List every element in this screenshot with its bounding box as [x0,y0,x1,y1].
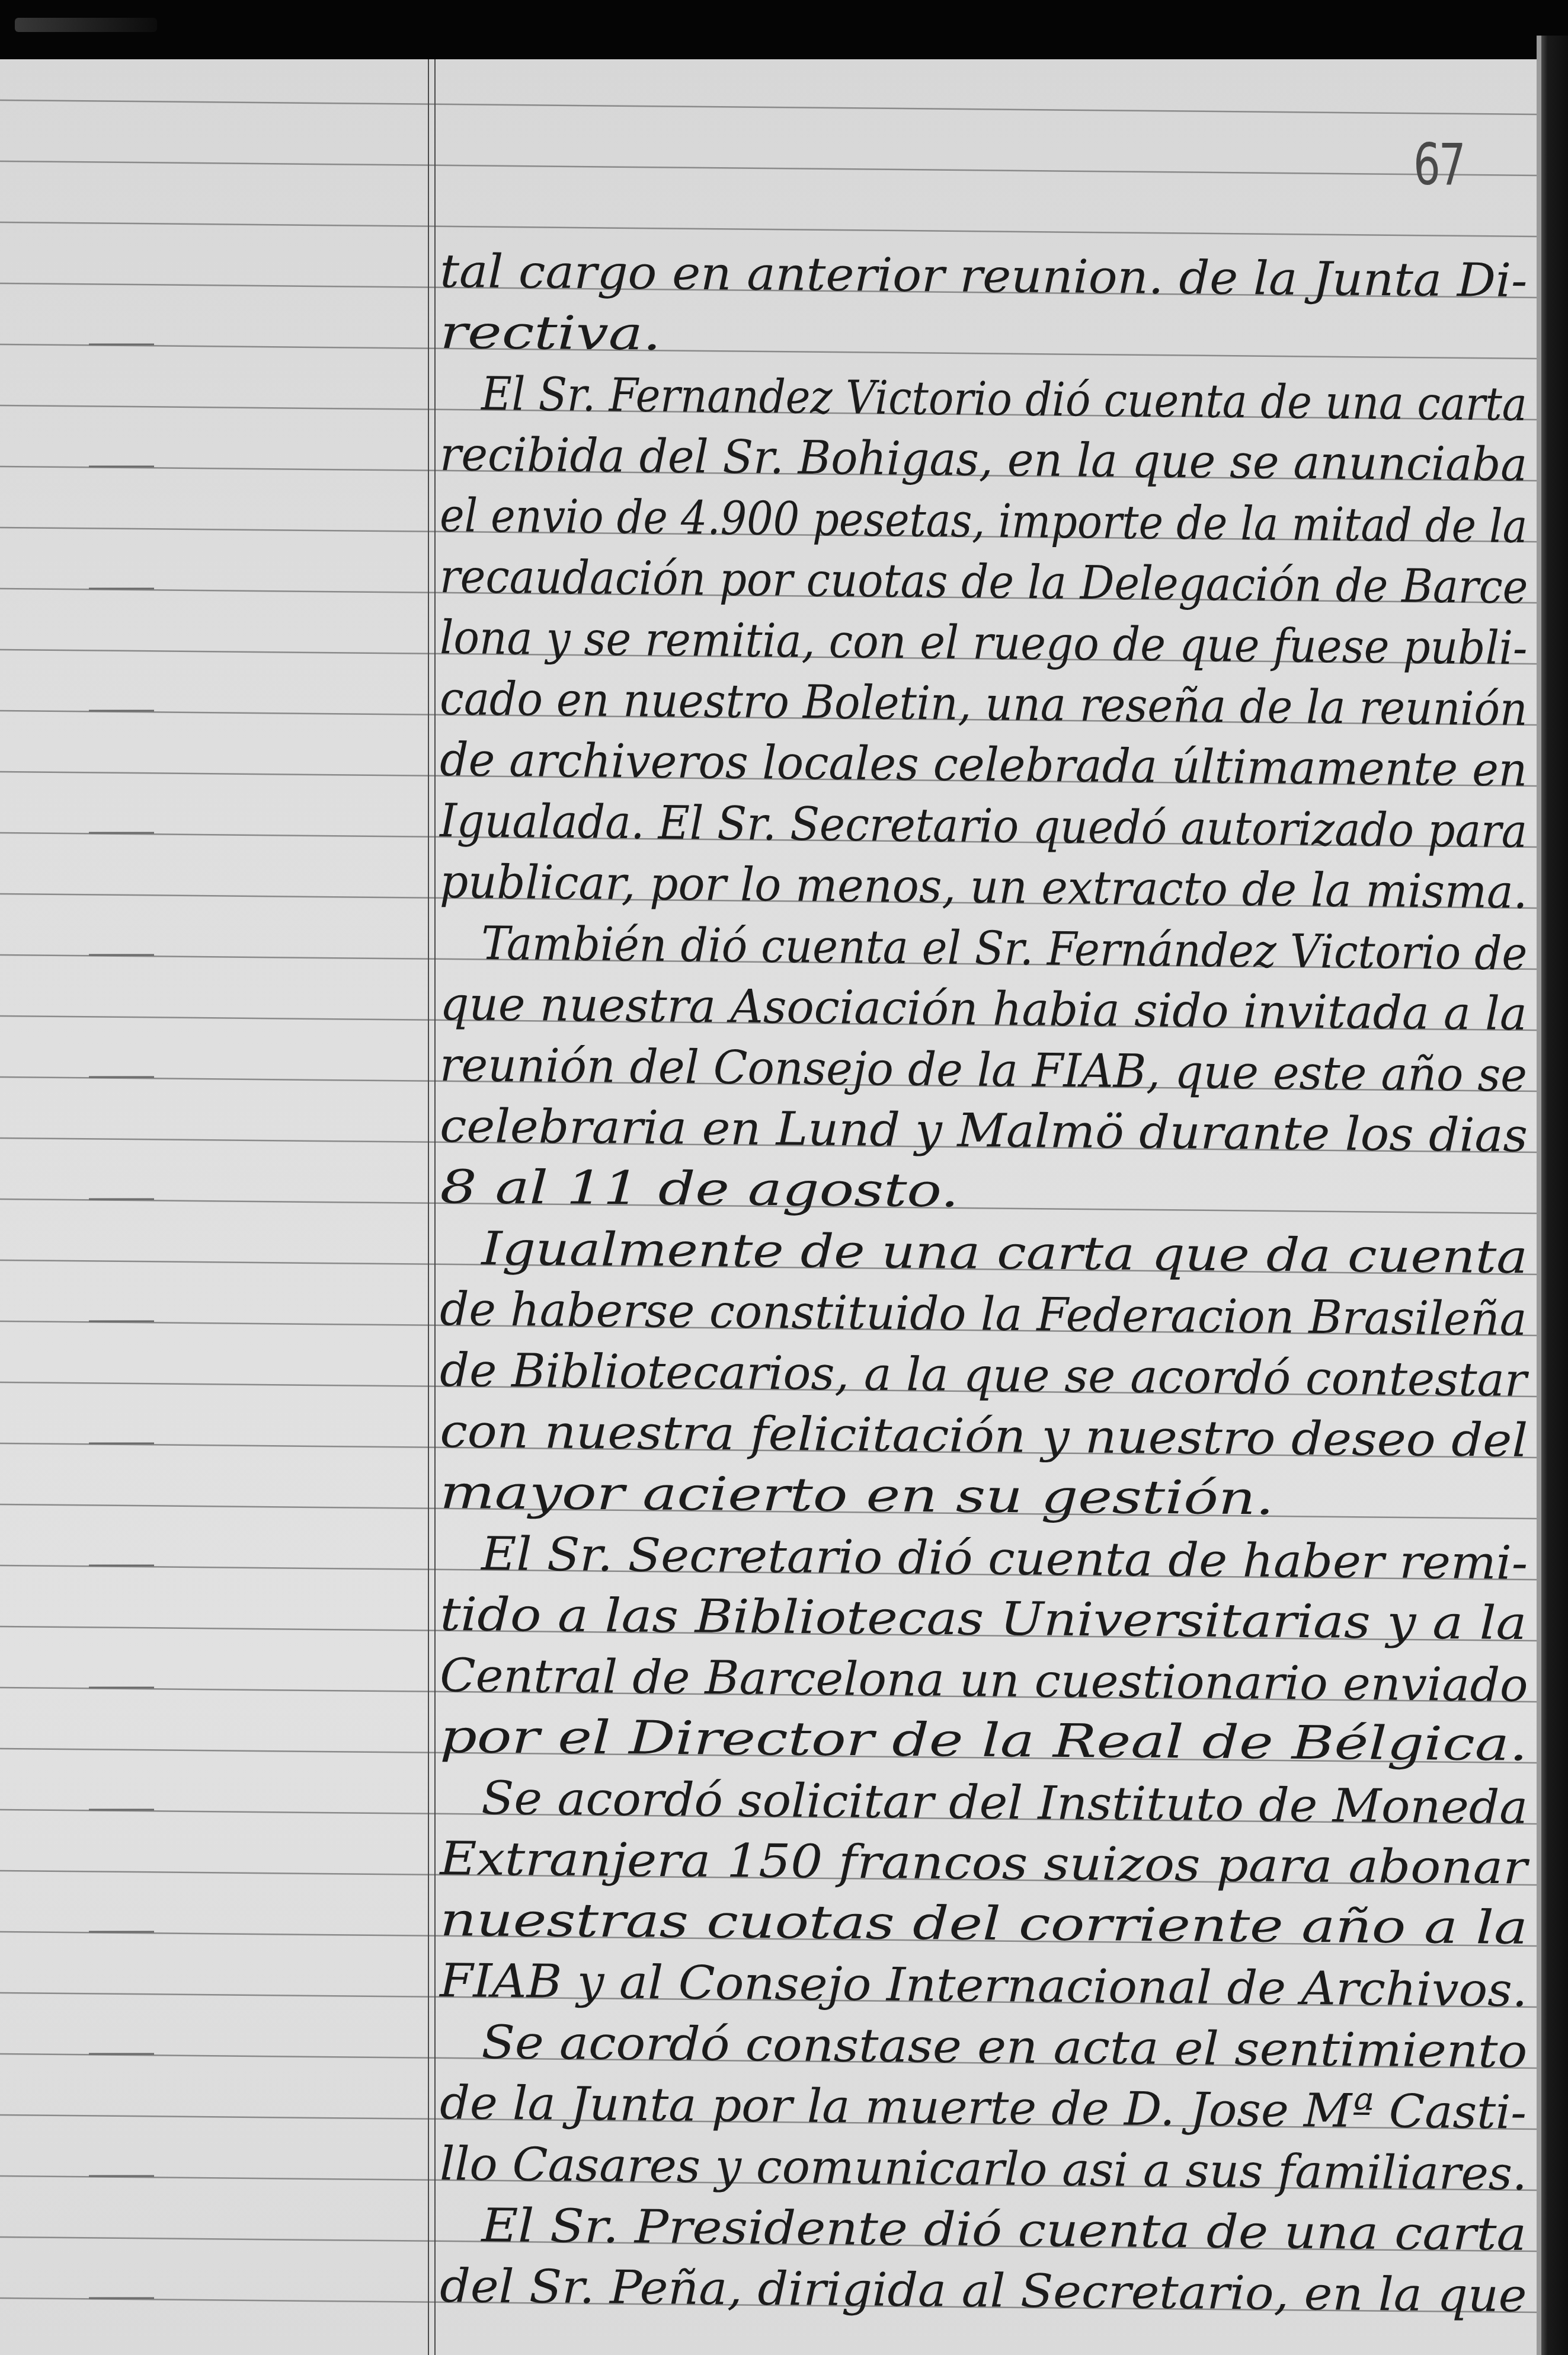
scan-right-border [1537,36,1568,2355]
handwritten-line: por el Director de la Real de Bélgica. [440,1714,1528,1768]
handwritten-line: También dió cuenta el Sr. Fernández Vict… [481,921,1528,977]
handwritten-line: mayor acierto en su gestión. [440,1469,1274,1522]
margin-rule-outer [428,55,429,2355]
handwritten-line: tal cargo en anterior reunion. de la Jun… [440,248,1528,304]
margin-rule-inner [434,55,436,2355]
handwritten-line: Extranjera 150 francos suizos para abona… [440,1836,1527,1891]
handwritten-line: FIAB y al Consejo Internacional de Archi… [440,1958,1528,2014]
handwritten-line: lona y se remitia, con el ruego de que f… [440,615,1528,672]
handwritten-line: de la Junta por la muerte de D. Jose Mª … [440,2080,1527,2136]
handwritten-line: Se acordó solicitar del Instituto de Mon… [481,1775,1528,1831]
handwritten-line: que nuestra Asociación habia sido invita… [440,981,1527,1037]
handwritten-line: El Sr. Fernandez Victorio dió cuenta de … [481,371,1527,428]
handwritten-line: Central de Barcelona un cuestionario env… [440,1653,1528,1709]
handwritten-line: rectiva. [440,309,661,357]
handwritten-line: recaudación por cuotas de la Delegación … [440,554,1528,611]
handwritten-line: de archiveros locales celebrada últimame… [440,737,1528,794]
handwritten-line: con nuestra felicitación y nuestro deseo… [440,1408,1528,1464]
handwritten-line: nuestras cuotas del corriente año a la [440,1897,1528,1951]
scan-top-border [0,0,1568,59]
handwritten-line: tido a las Bibliotecas Universitarias y … [440,1592,1527,1647]
handwritten-line: publicar, por lo menos, un extracto de l… [440,859,1528,916]
handwritten-line: celebraria en Lund y Malmö durante los d… [440,1103,1528,1159]
handwritten-line: de Bibliotecarios, a la que se acordó co… [440,1347,1527,1404]
page-number: 67 [1413,132,1464,198]
handwritten-line: El Sr. Presidente dió cuenta de una cart… [481,2203,1527,2258]
handwritten-line: El Sr. Secretario dió cuenta de haber re… [481,1531,1528,1587]
ledger-page: 67 tal cargo en anterior reunion. de la … [0,55,1537,2355]
handwritten-line: Se acordó constase en acta el sentimient… [481,2020,1528,2075]
handwritten-line: Igualada. El Sr. Secretario quedó autori… [440,798,1528,855]
handwritten-line: reunión del Consejo de la FIAB, que este… [440,1042,1527,1099]
handwritten-line: Igualmente de una carta que da cuenta [481,1226,1528,1280]
handwritten-line: recibida del Sr. Bohigas, en la que se a… [440,432,1528,488]
handwritten-line: del Sr. Peña, dirigida al Secretario, en… [440,2263,1527,2319]
handwritten-line: de haberse constituido la Federacion Bra… [440,1286,1527,1343]
handwritten-line: 8 al 11 de agosto. [440,1164,959,1214]
handwritten-line: cado en nuestro Boletin, una reseña de l… [440,676,1528,733]
handwritten-line: el envio de 4.900 pesetas, importe de la… [440,493,1528,550]
handwritten-line: llo Casares y comunicarlo asi a sus fami… [440,2141,1527,2197]
